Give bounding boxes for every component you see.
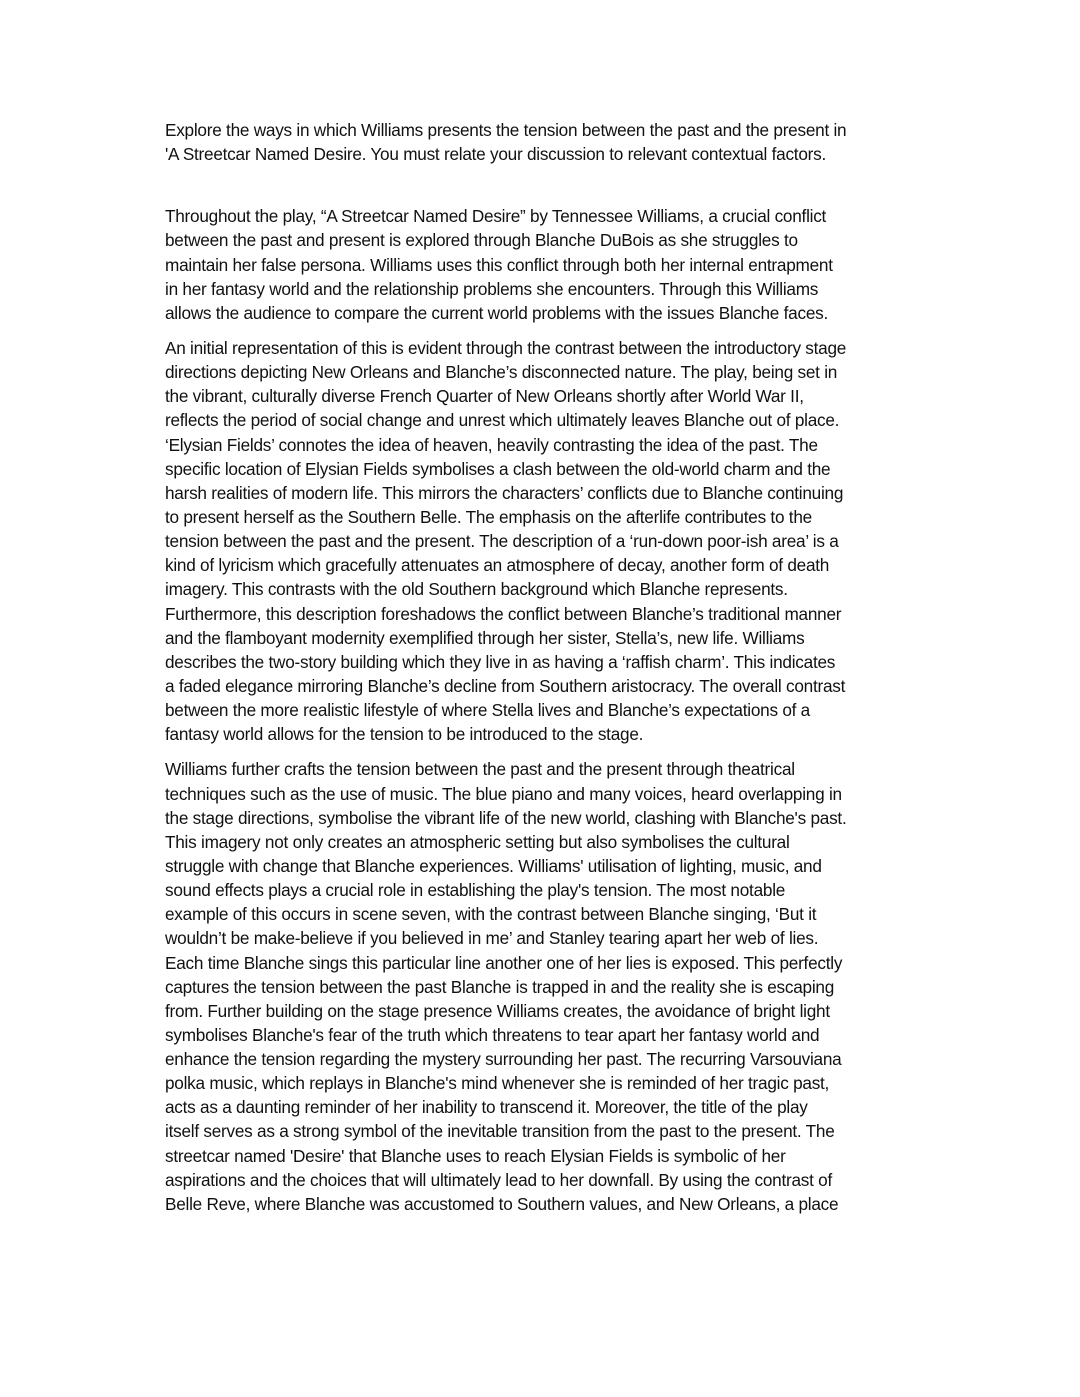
text-line: specific location of Elysian Fields symb… (165, 457, 925, 481)
text-line: allows the audience to compare the curre… (165, 301, 925, 325)
essay-prompt: Explore the ways in which Williams prese… (165, 118, 925, 166)
text-line: describes the two-story building which t… (165, 650, 925, 674)
text-line: Furthermore, this description foreshadow… (165, 602, 925, 626)
text-line: to present herself as the Southern Belle… (165, 505, 925, 529)
text-line: example of this occurs in scene seven, w… (165, 902, 925, 926)
text-line: Belle Reve, where Blanche was accustomed… (165, 1192, 925, 1216)
text-line: a faded elegance mirroring Blanche’s dec… (165, 674, 925, 698)
text-line: from. Further building on the stage pres… (165, 999, 925, 1023)
text-line: sound effects plays a crucial role in es… (165, 878, 925, 902)
text-line: between the past and present is explored… (165, 228, 925, 252)
text-line: reflects the period of social change and… (165, 408, 925, 432)
paragraph-introduction: Throughout the play, “A Streetcar Named … (165, 204, 925, 325)
text-line: between the more realistic lifestyle of … (165, 698, 925, 722)
text-line: the vibrant, culturally diverse French Q… (165, 384, 925, 408)
text-line: and the flamboyant modernity exemplified… (165, 626, 925, 650)
text-line: aspirations and the choices that will ul… (165, 1168, 925, 1192)
text-line: itself serves as a strong symbol of the … (165, 1119, 925, 1143)
text-line: kind of lyricism which gracefully attenu… (165, 553, 925, 577)
text-line: captures the tension between the past Bl… (165, 975, 925, 999)
text-line: Each time Blanche sings this particular … (165, 951, 925, 975)
text-line: tension between the past and the present… (165, 529, 925, 553)
text-line: fantasy world allows for the tension to … (165, 722, 925, 746)
text-line: maintain her false persona. Williams use… (165, 253, 925, 277)
document-page: Explore the ways in which Williams prese… (165, 118, 925, 1227)
prompt-line: 'A Streetcar Named Desire. You must rela… (165, 142, 925, 166)
text-line: imagery. This contrasts with the old Sou… (165, 577, 925, 601)
prompt-line: Explore the ways in which Williams prese… (165, 118, 925, 142)
text-line: streetcar named 'Desire' that Blanche us… (165, 1144, 925, 1168)
text-line: polka music, which replays in Blanche's … (165, 1071, 925, 1095)
text-line: enhance the tension regarding the myster… (165, 1047, 925, 1071)
text-line: acts as a daunting reminder of her inabi… (165, 1095, 925, 1119)
text-line: An initial representation of this is evi… (165, 336, 925, 360)
text-line: Williams further crafts the tension betw… (165, 757, 925, 781)
text-line: harsh realities of modern life. This mir… (165, 481, 925, 505)
text-line: techniques such as the use of music. The… (165, 782, 925, 806)
text-line: Throughout the play, “A Streetcar Named … (165, 204, 925, 228)
text-line: struggle with change that Blanche experi… (165, 854, 925, 878)
text-line: symbolises Blanche's fear of the truth w… (165, 1023, 925, 1047)
text-line: directions depicting New Orleans and Bla… (165, 360, 925, 384)
paragraph-setting-contrast: An initial representation of this is evi… (165, 336, 925, 746)
text-line: the stage directions, symbolise the vibr… (165, 806, 925, 830)
text-line: in her fantasy world and the relationshi… (165, 277, 925, 301)
text-line: ‘Elysian Fields’ connotes the idea of he… (165, 433, 925, 457)
text-line: wouldn’t be make-believe if you believed… (165, 926, 925, 950)
text-line: This imagery not only creates an atmosph… (165, 830, 925, 854)
paragraph-theatrical-techniques: Williams further crafts the tension betw… (165, 757, 925, 1216)
